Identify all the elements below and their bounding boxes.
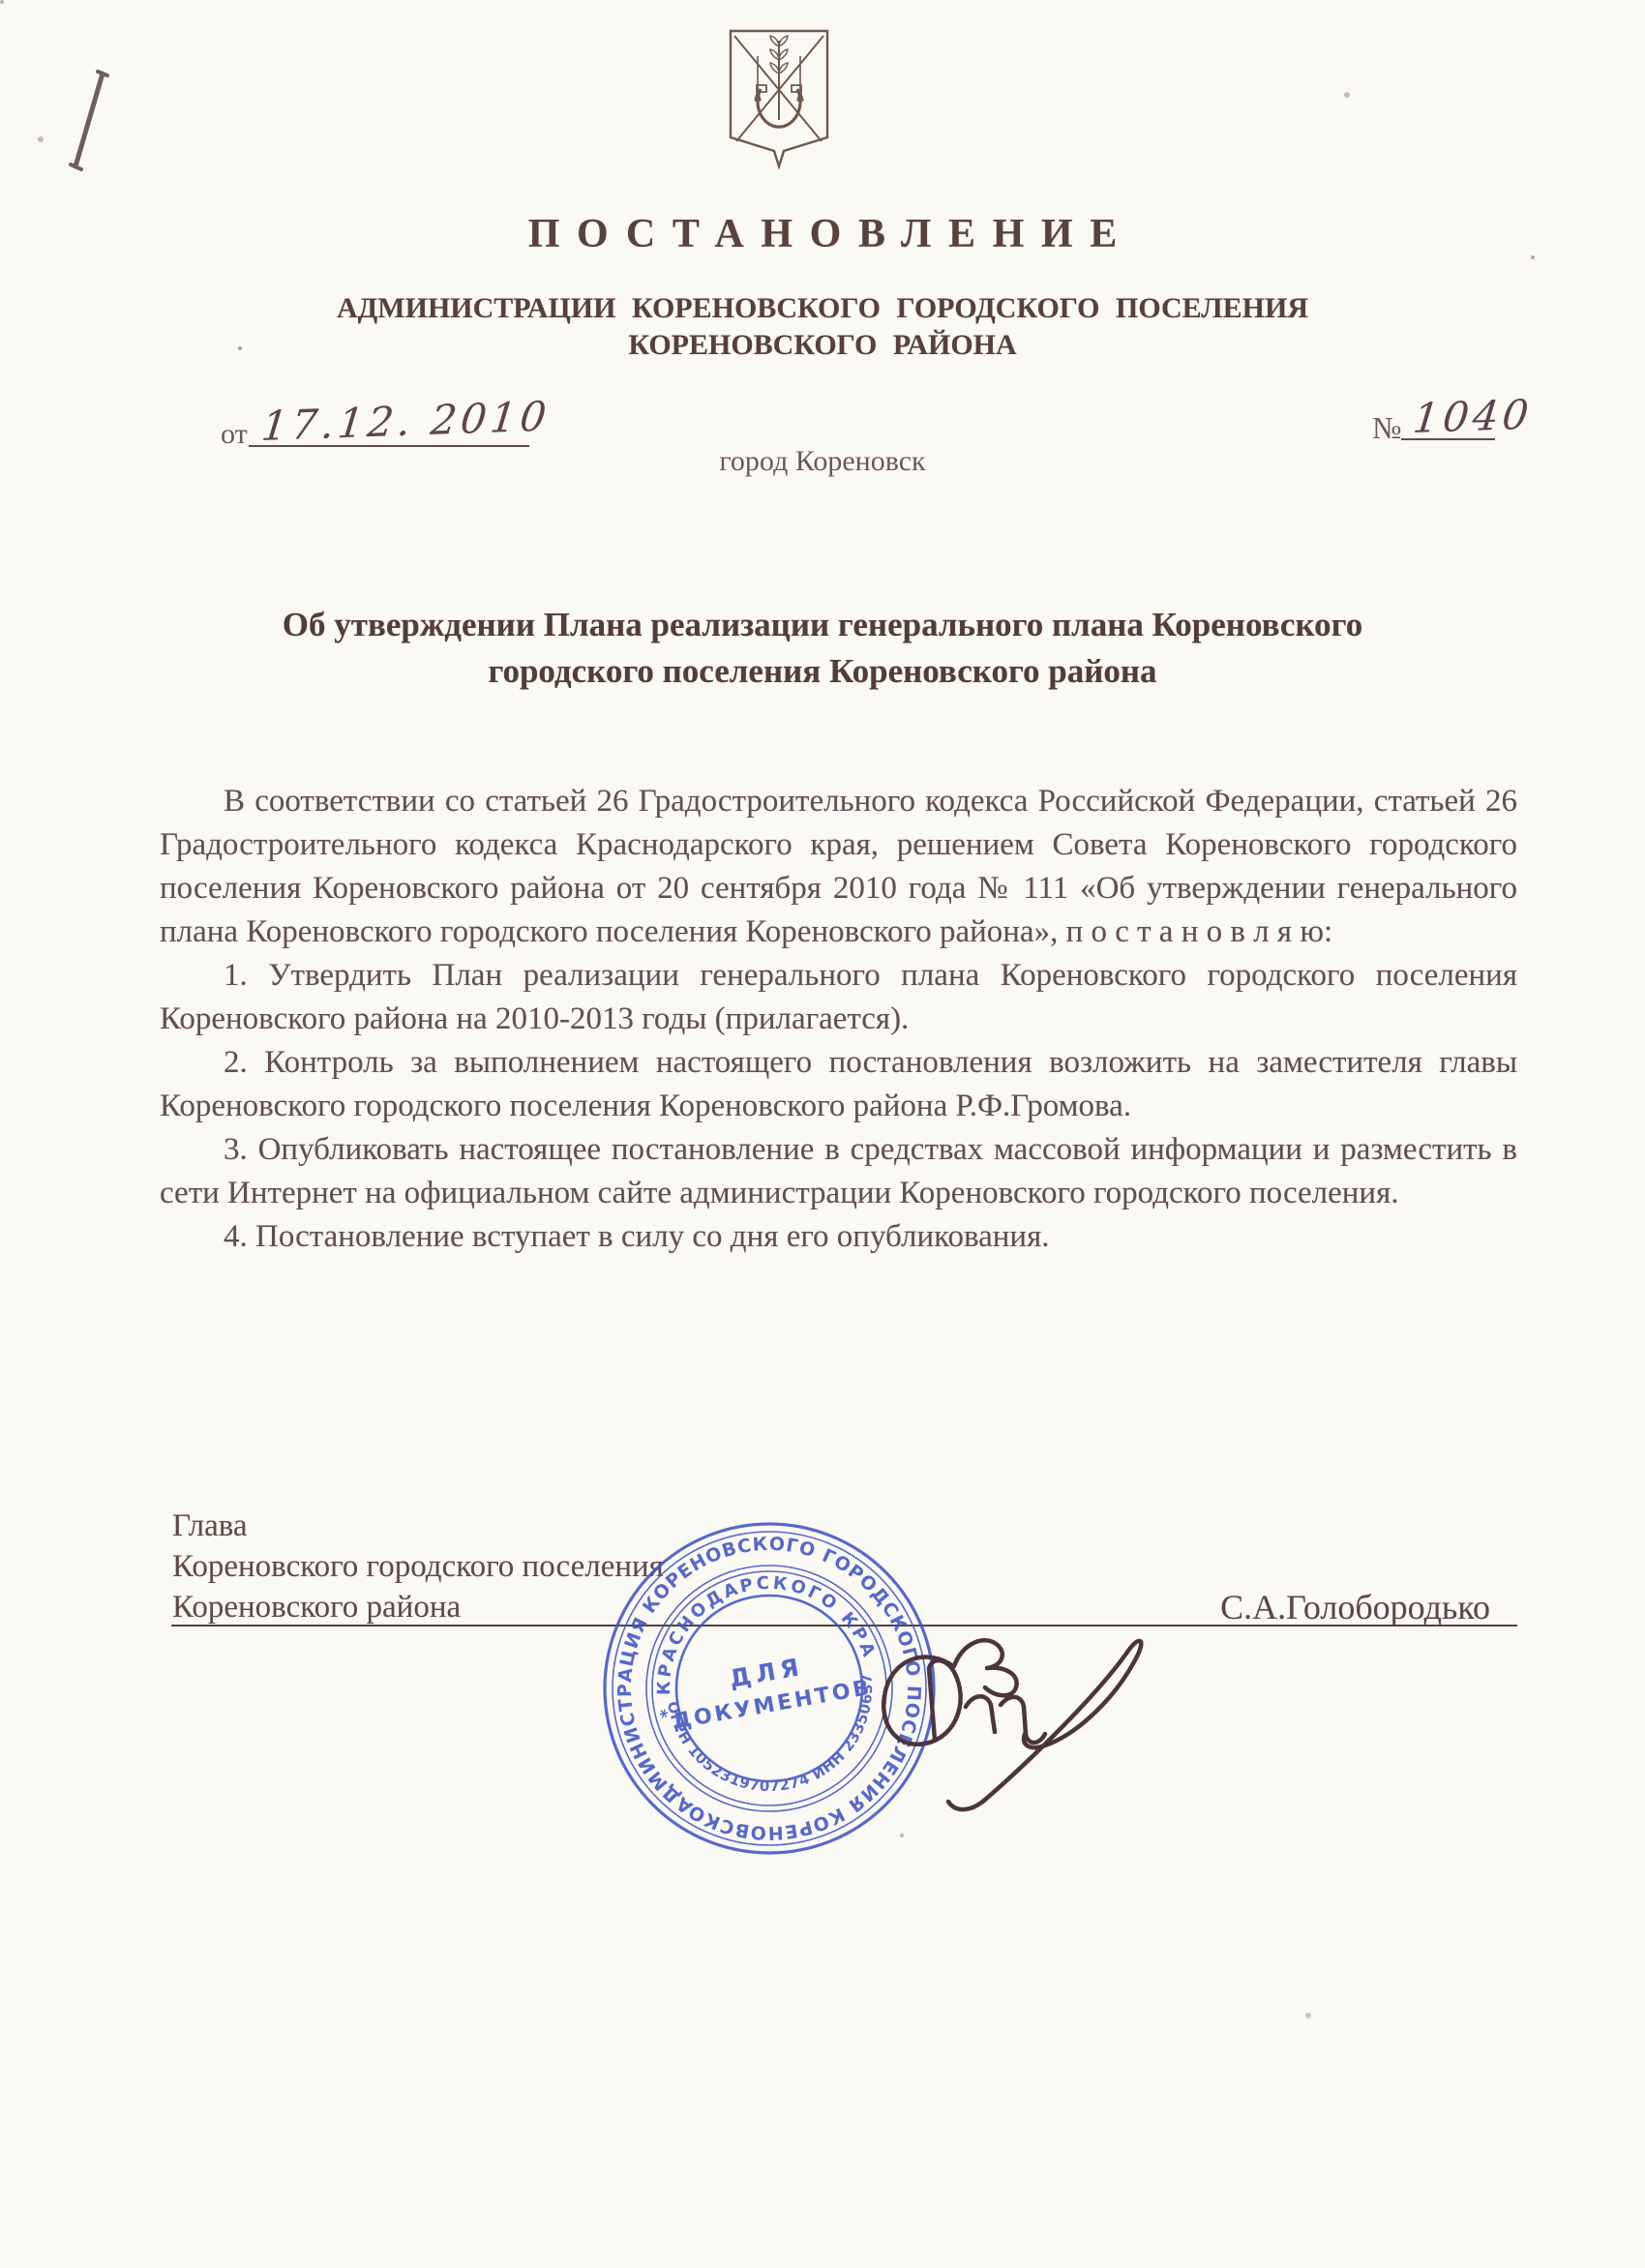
number-prefix-label: № [1372, 410, 1402, 446]
pen-slash-mark [58, 58, 126, 184]
signatory-position-line2: Кореновского городского поселения [172, 1546, 664, 1587]
scan-specks [0, 0, 4, 4]
body-paragraph-2: 1. Утвердить План реализации генеральног… [160, 954, 1517, 1041]
body-paragraph-3: 2. Контроль за выполнением настоящего по… [160, 1041, 1517, 1128]
city-line: город Кореновск [0, 445, 1645, 478]
body-paragraph-1: В соответствии со статьей 26 Градостроит… [160, 780, 1517, 954]
document-title-line1: Об утверждении Плана реализации генераль… [0, 602, 1645, 648]
org-name: АДМИНИСТРАЦИИ КОРЕНОВСКОГО ГОРОДСКОГО ПО… [0, 290, 1645, 364]
handwritten-signature [861, 1606, 1248, 1838]
coat-of-arms [726, 27, 832, 172]
doc-type-title: ПОСТАНОВЛЕНИЕ [0, 211, 1645, 257]
body-paragraph-5: 4. Постановление вступает в силу со дня … [160, 1215, 1517, 1259]
document-title: Об утверждении Плана реализации генераль… [0, 602, 1645, 695]
handwritten-date: 17.12. 2010 [259, 392, 553, 450]
body-paragraph-4: 3. Опубликовать настоящее постановление … [160, 1128, 1517, 1215]
scanned-document-page: { "page": {"width": 1700, "height": 2344… [0, 0, 1645, 2268]
signatory-position-line1: Глава [172, 1506, 664, 1546]
document-title-line2: городского поселения Кореновского района [0, 648, 1645, 695]
document-body: В соответствии со статьей 26 Градостроит… [160, 780, 1517, 1259]
number-underline [1401, 438, 1495, 440]
org-name-line1: АДМИНИСТРАЦИИ КОРЕНОВСКОГО ГОРОДСКОГО ПО… [0, 290, 1645, 327]
handwritten-number: 1040 [1411, 391, 1535, 442]
stamp-center-text-line1: ДЛЯ [728, 1653, 806, 1693]
org-name-line2: КОРЕНОВСКОГО РАЙОНА [0, 327, 1645, 364]
